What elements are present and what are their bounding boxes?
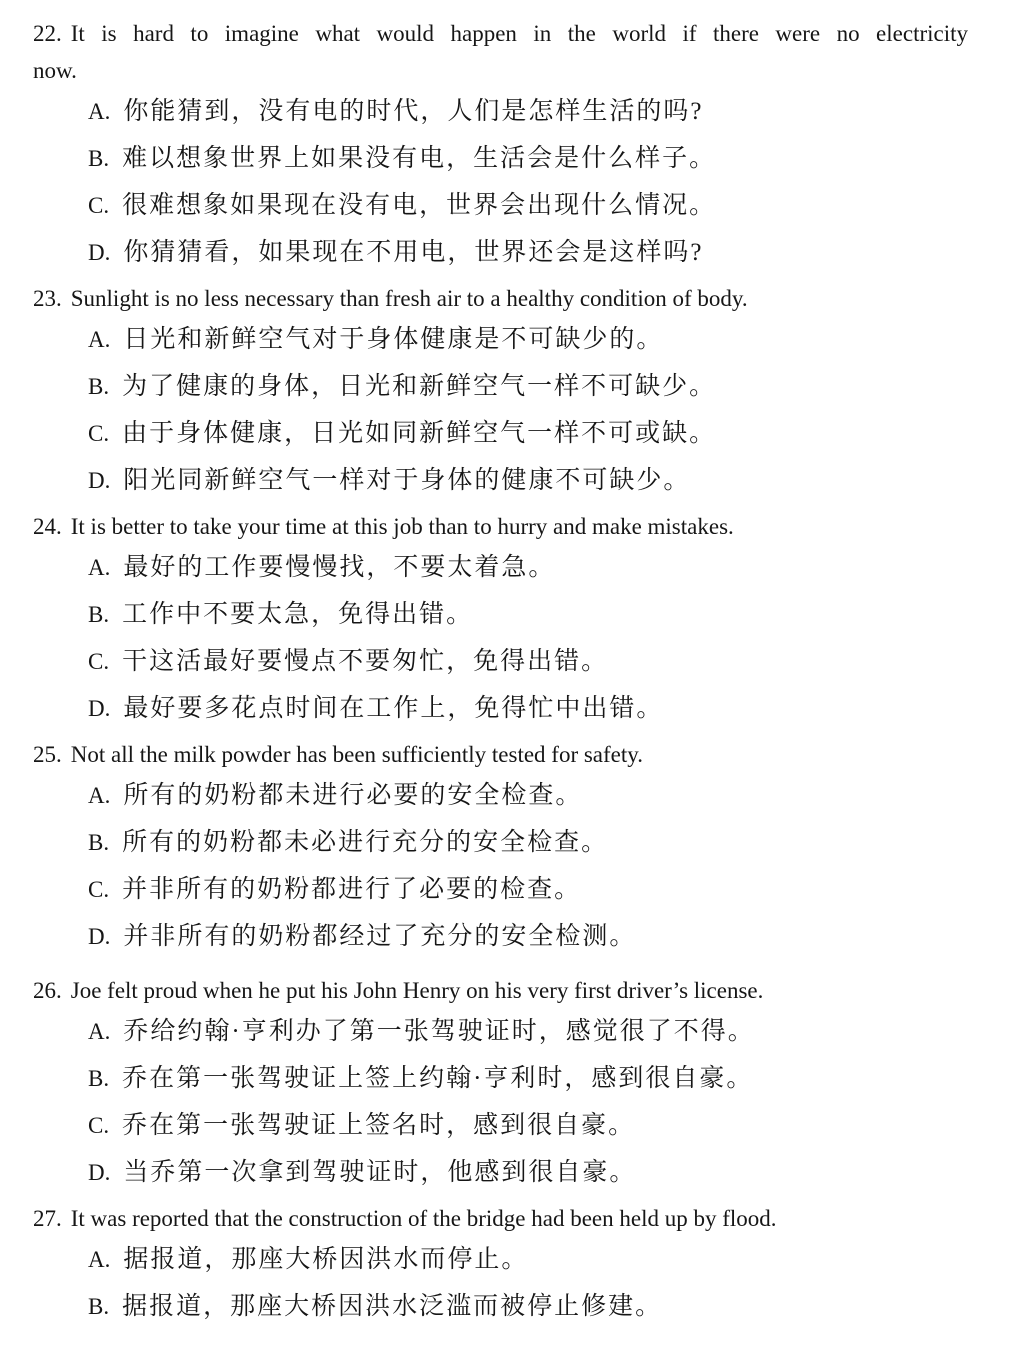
option-text: 乔在第一张驾驶证上签上约翰·亨利时，感到很自豪。: [122, 1065, 753, 1092]
question-25-line-1: 25.Not all the milk powder has been suff…: [33, 743, 968, 767]
option-row: B.为了健康的身体，日光和新鲜空气一样不可缺少。: [33, 374, 968, 400]
option-row: B.乔在第一张驾驶证上签上约翰·亨利时，感到很自豪。: [33, 1066, 968, 1092]
option-text: 你能猜到，没有电的时代，人们是怎样生活的吗?: [123, 98, 703, 125]
exam-page: 22.It is hard to imagine what would happ…: [0, 0, 1024, 1345]
option-row: D.你猜猜看，如果现在不用电，世界还会是这样吗?: [33, 240, 968, 266]
option-text: 所有的奶粉都未必进行充分的安全检查。: [122, 829, 608, 856]
question-number: 25.: [33, 742, 62, 767]
question-24-line-1: 24.It is better to take your time at thi…: [33, 515, 968, 539]
option-label: C.: [88, 1113, 109, 1138]
question-text: Sunlight is no less necessary than fresh…: [71, 286, 748, 311]
option-text: 最好的工作要慢慢找，不要太着急。: [123, 554, 555, 581]
option-text: 乔在第一张驾驶证上签名时，感到很自豪。: [122, 1112, 635, 1139]
option-text: 日光和新鲜空气对于身体健康是不可缺少的。: [123, 326, 663, 353]
option-label: D.: [88, 696, 110, 721]
question-text: It is better to take your time at this j…: [71, 514, 734, 539]
option-label: B.: [88, 602, 109, 627]
question-number: 24.: [33, 514, 62, 539]
option-row: D.当乔第一次拿到驾驶证时，他感到很自豪。: [33, 1160, 968, 1186]
question-22: 22.It is hard to imagine what would happ…: [33, 22, 968, 266]
option-label: A.: [88, 327, 110, 352]
option-text: 你猜猜看，如果现在不用电，世界还会是这样吗?: [123, 239, 703, 266]
option-text: 当乔第一次拿到驾驶证时，他感到很自豪。: [123, 1159, 636, 1186]
option-label: C.: [88, 193, 109, 218]
option-row: C.干这活最好要慢点不要匆忙，免得出错。: [33, 649, 968, 675]
option-text: 工作中不要太急，免得出错。: [122, 601, 473, 628]
question-number: 23.: [33, 286, 62, 311]
option-row: D.并非所有的奶粉都经过了充分的安全检测。: [33, 924, 968, 950]
question-26: 26.Joe felt proud when he put his John H…: [33, 979, 968, 1186]
option-label: D.: [88, 924, 110, 949]
option-text: 由于身体健康，日光如同新鲜空气一样不可或缺。: [122, 420, 716, 447]
option-text: 阳光同新鲜空气一样对于身体的健康不可缺少。: [123, 467, 690, 494]
option-row: A.所有的奶粉都未进行必要的安全检查。: [33, 783, 968, 809]
option-text: 乔给约翰·亨利办了第一张驾驶证时，感觉很了不得。: [123, 1018, 754, 1045]
option-row: B.据报道，那座大桥因洪水泛滥而被停止修建。: [33, 1294, 968, 1320]
option-label: B.: [88, 830, 109, 855]
question-23-line-1: 23.Sunlight is no less necessary than fr…: [33, 287, 968, 311]
question-text: It is hard to imagine what would happen …: [71, 21, 968, 46]
option-row: D.最好要多花点时间在工作上，免得忙中出错。: [33, 696, 968, 722]
option-label: B.: [88, 374, 109, 399]
question-22-line-1: 22.It is hard to imagine what would happ…: [33, 22, 968, 46]
option-label: C.: [88, 649, 109, 674]
question-number: 27.: [33, 1206, 62, 1231]
question-23: 23.Sunlight is no less necessary than fr…: [33, 287, 968, 494]
option-text: 难以想象世界上如果没有电，生活会是什么样子。: [122, 145, 716, 172]
option-label: A.: [88, 1019, 110, 1044]
question-27: 27.It was reported that the construction…: [33, 1207, 968, 1320]
option-label: A.: [88, 99, 110, 124]
question-text: Not all the milk powder has been suffici…: [71, 742, 643, 767]
option-text: 很难想象如果现在没有电，世界会出现什么情况。: [122, 192, 716, 219]
option-row: A.日光和新鲜空气对于身体健康是不可缺少的。: [33, 327, 968, 353]
option-row: C.并非所有的奶粉都进行了必要的检查。: [33, 877, 968, 903]
option-text: 并非所有的奶粉都进行了必要的检查。: [122, 876, 581, 903]
option-row: A.你能猜到，没有电的时代，人们是怎样生活的吗?: [33, 99, 968, 125]
option-text: 干这活最好要慢点不要匆忙，免得出错。: [122, 648, 608, 675]
option-row: D.阳光同新鲜空气一样对于身体的健康不可缺少。: [33, 468, 968, 494]
option-label: C.: [88, 421, 109, 446]
question-text: Joe felt proud when he put his John Henr…: [71, 978, 764, 1003]
question-27-line-1: 27.It was reported that the construction…: [33, 1207, 968, 1231]
question-24: 24.It is better to take your time at thi…: [33, 515, 968, 722]
option-label: D.: [88, 1160, 110, 1185]
option-text: 据报道，那座大桥因洪水泛滥而被停止修建。: [122, 1293, 662, 1320]
option-label: B.: [88, 146, 109, 171]
question-25: 25.Not all the milk powder has been suff…: [33, 743, 968, 950]
option-text: 为了健康的身体，日光和新鲜空气一样不可缺少。: [122, 373, 716, 400]
question-number: 26.: [33, 978, 62, 1003]
option-text: 所有的奶粉都未进行必要的安全检查。: [123, 782, 582, 809]
option-row: B.工作中不要太急，免得出错。: [33, 602, 968, 628]
option-row: A.乔给约翰·亨利办了第一张驾驶证时，感觉很了不得。: [33, 1019, 968, 1045]
option-label: B.: [88, 1294, 109, 1319]
question-number: 22.: [33, 21, 62, 46]
option-row: A.据报道，那座大桥因洪水而停止。: [33, 1247, 968, 1273]
option-row: C.很难想象如果现在没有电，世界会出现什么情况。: [33, 193, 968, 219]
question-text: It was reported that the construction of…: [71, 1206, 777, 1231]
option-row: C.乔在第一张驾驶证上签名时，感到很自豪。: [33, 1113, 968, 1139]
option-row: B.所有的奶粉都未必进行充分的安全检查。: [33, 830, 968, 856]
option-label: B.: [88, 1066, 109, 1091]
option-text: 并非所有的奶粉都经过了充分的安全检测。: [123, 923, 636, 950]
option-label: A.: [88, 555, 110, 580]
question-22-line-2: now.: [33, 59, 968, 83]
option-label: A.: [88, 1247, 110, 1272]
option-row: B.难以想象世界上如果没有电，生活会是什么样子。: [33, 146, 968, 172]
option-text: 最好要多花点时间在工作上，免得忙中出错。: [123, 695, 663, 722]
option-label: C.: [88, 877, 109, 902]
question-26-line-1: 26.Joe felt proud when he put his John H…: [33, 979, 968, 1003]
option-label: A.: [88, 783, 110, 808]
option-label: D.: [88, 240, 110, 265]
option-text: 据报道，那座大桥因洪水而停止。: [123, 1246, 528, 1273]
option-row: C.由于身体健康，日光如同新鲜空气一样不可或缺。: [33, 421, 968, 447]
option-row: A.最好的工作要慢慢找，不要太着急。: [33, 555, 968, 581]
option-label: D.: [88, 468, 110, 493]
